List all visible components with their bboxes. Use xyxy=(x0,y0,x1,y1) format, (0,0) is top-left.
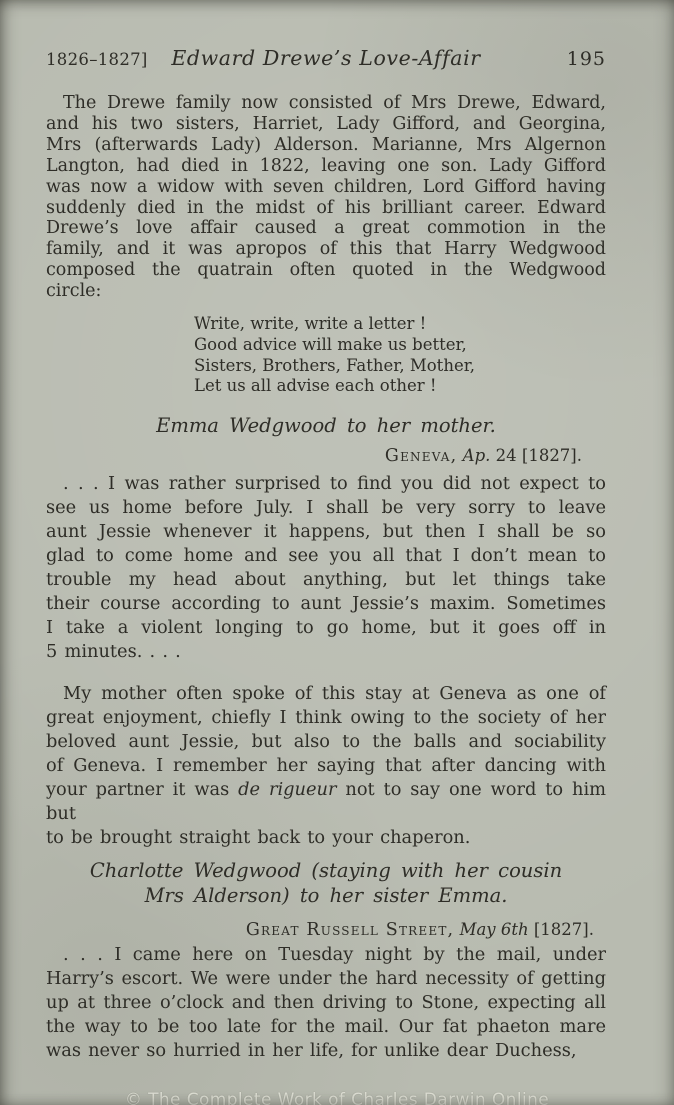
text-line: aunt Jessie whenever it happens, but the… xyxy=(46,520,606,544)
letter1-dateline-date: 24 [1827]. xyxy=(496,446,582,465)
letter2-dateline: Great Russell Street, May 6th [1827]. xyxy=(46,919,606,941)
text-line: to be brought straight back to your chap… xyxy=(46,826,606,850)
letter2-dateline-date: [1827]. xyxy=(534,920,594,939)
page-number: 195 xyxy=(481,48,606,70)
letter1-dateline: Geneva, Ap. 24 [1827]. xyxy=(46,445,606,467)
text-line: of Geneva. I remember her saying that af… xyxy=(46,754,606,778)
page-content: 1826–1827] Edward Drewe’s Love-Affair 19… xyxy=(0,0,674,1063)
text-line: Langton, had died in 1822, leaving one s… xyxy=(46,156,606,177)
text-line: was never so hurried in her life, for un… xyxy=(46,1039,606,1063)
text-line: was now a widow with seven children, Lor… xyxy=(46,177,606,198)
letter1-dateline-month: Ap. xyxy=(463,446,491,465)
text-line: see us home before July. I shall be very… xyxy=(46,496,606,520)
narration-paragraph: My mother often spoke of this stay at Ge… xyxy=(46,682,606,850)
letter1-heading: Emma Wedgwood to her mother. xyxy=(46,413,606,438)
intro-paragraph: The Drewe family now consisted of Mrs Dr… xyxy=(46,93,606,302)
text-line: suddenly died in the midst of his brilli… xyxy=(46,198,606,219)
text-line: their course according to aunt Jessie’s … xyxy=(46,592,606,616)
text-line: The Drewe family now consisted of Mrs Dr… xyxy=(46,93,606,114)
text-line: family, and it was apropos of this that … xyxy=(46,239,606,260)
text-line: up at three o’clock and then driving to … xyxy=(46,991,606,1015)
running-head: 1826–1827] Edward Drewe’s Love-Affair 19… xyxy=(46,46,606,70)
text-line: Let us all advise each other ! xyxy=(194,376,606,397)
text-line: 5 minutes. . . . xyxy=(46,640,606,664)
quatrain-verse: Write, write, write a letter !Good advic… xyxy=(194,314,606,397)
letter1-dateline-place: Geneva, xyxy=(385,446,457,466)
text-line: the way to be too late for the mail. Our… xyxy=(46,1015,606,1039)
letter2-heading-line2: Mrs Alderson) to her sister Emma. xyxy=(46,883,606,908)
text-line: Good advice will make us better, xyxy=(194,335,606,356)
letter2-dateline-month: May 6th xyxy=(460,920,529,939)
header-date-range: 1826–1827] xyxy=(46,50,171,69)
letter2-heading: Charlotte Wedgwood (staying with her cou… xyxy=(46,858,606,908)
text-line: trouble my head about anything, but let … xyxy=(46,568,606,592)
text-line: circle: xyxy=(46,281,606,302)
letter2-dateline-place: Great Russell Street, xyxy=(246,920,454,940)
text-line: . . . I was rather surprised to find you… xyxy=(46,472,606,496)
text-line: My mother often spoke of this stay at Ge… xyxy=(46,682,606,706)
text-line: Sisters, Brothers, Father, Mother, xyxy=(194,356,606,377)
text-line: Drewe’s love affair caused a great commo… xyxy=(46,218,606,239)
text-line: . . . I came here on Tuesday night by th… xyxy=(46,943,606,967)
text-line: and his two sisters, Harriet, Lady Giffo… xyxy=(46,114,606,135)
page-title: Edward Drewe’s Love-Affair xyxy=(171,46,480,70)
text-line: Harry’s escort. We were under the hard n… xyxy=(46,967,606,991)
text-line: I take a violent longing to go home, but… xyxy=(46,616,606,640)
text-line: great enjoyment, chiefly I think owing t… xyxy=(46,706,606,730)
text-line: Mrs (afterwards Lady) Alderson. Marianne… xyxy=(46,135,606,156)
text-line: your partner it was de rigueur not to sa… xyxy=(46,778,606,826)
letter2-body: . . . I came here on Tuesday night by th… xyxy=(46,943,606,1063)
letter2-heading-line1: Charlotte Wedgwood (staying with her cou… xyxy=(46,858,606,883)
text-line: glad to come home and see you all that I… xyxy=(46,544,606,568)
text-line: Write, write, write a letter ! xyxy=(194,314,606,335)
text-line: composed the quatrain often quoted in th… xyxy=(46,260,606,281)
text-line: beloved aunt Jessie, but also to the bal… xyxy=(46,730,606,754)
scanned-book-page: 1826–1827] Edward Drewe’s Love-Affair 19… xyxy=(0,0,674,1105)
copyright-watermark: © The Complete Work of Charles Darwin On… xyxy=(0,1090,674,1105)
letter1-body: . . . I was rather surprised to find you… xyxy=(46,472,606,664)
